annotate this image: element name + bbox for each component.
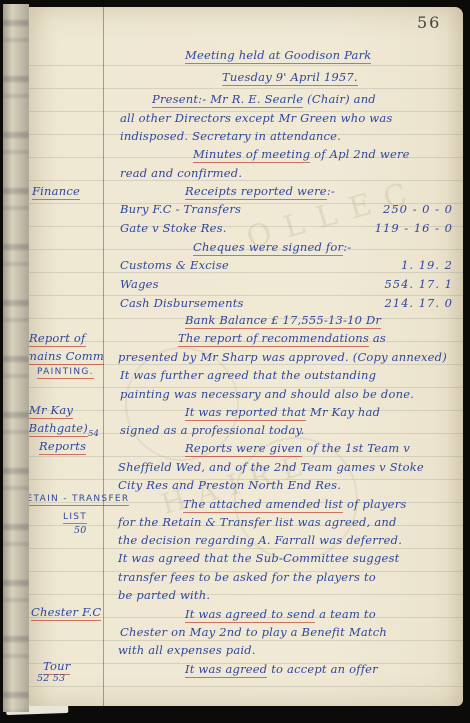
margin-note: Tour <box>43 659 70 673</box>
plain-text: of Apl 2nd were <box>310 147 409 161</box>
margin-note-text: (Bathgate) <box>29 421 88 437</box>
margin-note-text: 50 <box>74 525 87 536</box>
minutes-line: read and confirmed. <box>120 166 242 180</box>
plain-text: :- <box>343 240 351 254</box>
margin-note-text: Mr Kay <box>29 403 73 419</box>
underlined-text: It was agreed to send <box>185 607 315 623</box>
plain-text: Sheffield Wed, and of the 2nd Team games… <box>118 460 424 474</box>
margin-note-number: 54 <box>88 429 99 439</box>
minutes-line: Minutes of meeting of Apl 2nd were <box>193 147 410 161</box>
plain-text: Customs & Excise <box>120 258 229 272</box>
plain-text: with all expenses paid. <box>118 643 256 657</box>
minutes-line: Gate v Stoke Res. <box>120 221 227 235</box>
minutes-line: The attached amended list of players <box>183 497 407 511</box>
plain-text: indisposed. Secretary in attendance. <box>120 129 341 143</box>
minutes-line: It was agreed that the Sub-Committee sug… <box>118 551 399 565</box>
minutes-line: Bank Balance £ 17,555-13-10 Dr <box>185 313 381 327</box>
underlined-text: Minutes of meeting <box>193 147 310 163</box>
minutes-line: Chester on May 2nd to play a Benefit Mat… <box>120 625 387 639</box>
margin-note: Finance <box>32 184 80 198</box>
minutes-line: It was reported that Mr Kay had <box>185 405 380 419</box>
margin-note-text: PAINTING. <box>37 367 94 379</box>
underlined-text: It was agreed <box>185 662 267 678</box>
amount-value: 119 - 16 - 0 <box>329 221 453 235</box>
plain-text: Chester on May 2nd to play a Benefit Mat… <box>120 625 387 639</box>
margin-note: Mr Kay <box>29 403 73 417</box>
margin-note: 50 <box>74 525 87 536</box>
plain-text: a team to <box>315 607 376 621</box>
margin-note: Chester F.C <box>31 605 101 619</box>
minutes-line: Cheques were signed for:- <box>193 240 351 254</box>
minutes-line: Bury F.C - Transfers <box>120 202 241 216</box>
underlined-text: Reports were given <box>185 441 302 457</box>
minutes-line: the decision regarding A. Farrall was de… <box>118 533 402 547</box>
minutes-line: Present:- Mr R. E. Searle (Chair) and <box>152 92 376 106</box>
plain-text: Bury F.C - Transfers <box>120 202 241 216</box>
margin-note-text: mains Comm <box>29 349 104 365</box>
minutes-line: It was agreed to send a team to <box>185 607 376 621</box>
page: 56 OLLECHAIRE Meeting held at Goodison P… <box>29 7 463 706</box>
plain-text: painting was necessary and should also b… <box>120 387 414 401</box>
minutes-line: Sheffield Wed, and of the 2nd Team games… <box>118 460 424 474</box>
underlined-text: Bank Balance £ 17,555-13-10 Dr <box>185 313 381 329</box>
plain-text: City Res and Preston North End Res. <box>118 478 341 492</box>
plain-text: all other Directors except Mr Green who … <box>120 111 393 125</box>
minutes-line: City Res and Preston North End Res. <box>118 478 341 492</box>
minutes-line: all other Directors except Mr Green who … <box>120 111 393 125</box>
margin-note-text: RETAIN - TRANSFER <box>29 494 129 506</box>
amount-value: 250 - 0 - 0 <box>329 202 453 216</box>
minutes-line: It was agreed to accept an offer <box>185 662 378 676</box>
margin-note-text: 52 53 <box>37 673 65 684</box>
underlined-text: Meeting held at Goodison Park <box>185 48 371 64</box>
plain-text: as <box>369 331 386 345</box>
underlined-text: The report of recommendations <box>178 331 369 347</box>
minutes-line: Tuesday 9' April 1957. <box>222 70 358 84</box>
margin-note: 52 53 <box>37 673 65 684</box>
margin-note-text: Chester F.C <box>31 605 101 621</box>
minutes-line: presented by Mr Sharp was approved. (Cop… <box>118 350 447 364</box>
margin-note-text: Finance <box>32 184 80 200</box>
amount-value: 554. 17. 1 <box>329 277 453 291</box>
plain-text: be parted with. <box>118 588 210 602</box>
margin-note-text: LIST <box>63 512 87 524</box>
minutes-line: with all expenses paid. <box>118 643 256 657</box>
scanned-minute-book-photo: { "page": { "number": "56" }, "lines": [… <box>0 0 470 723</box>
minutes-line: Meeting held at Goodison Park <box>185 48 371 62</box>
minutes-line: painting was necessary and should also b… <box>120 387 414 401</box>
plain-text: Mr Kay had <box>306 405 380 419</box>
plain-text: Gate v Stoke Res. <box>120 221 227 235</box>
margin-note-text: Report of <box>29 331 86 347</box>
margin-note: (Bathgate)54 <box>29 421 99 439</box>
plain-text: signed as a professional today. <box>120 423 305 437</box>
underlined-text: Present:- Mr R. E. Searle <box>152 92 303 108</box>
amount-value: 214. 17. 0 <box>329 296 453 310</box>
minutes-line: Reports were given of the 1st Team v <box>185 441 410 455</box>
underlined-text: The attached amended list <box>183 497 343 513</box>
plain-text: presented by Mr Sharp was approved. (Cop… <box>118 350 447 364</box>
margin-note: mains Comm <box>29 349 104 363</box>
plain-text: (Chair) and <box>303 92 376 106</box>
margin-note: LIST <box>63 512 87 522</box>
page-number: 56 <box>417 13 441 32</box>
plain-text: It was further agreed that the outstandi… <box>120 368 376 382</box>
minutes-line: Wages <box>120 277 159 291</box>
margin-note: Report of <box>29 331 86 345</box>
margin-note: Reports <box>39 439 86 453</box>
plain-text: the decision regarding A. Farrall was de… <box>118 533 402 547</box>
underlined-text: Receipts reported were <box>185 184 327 200</box>
plain-text: :- <box>327 184 335 198</box>
underlined-text: Tuesday 9' April 1957. <box>222 70 358 86</box>
plain-text: It was agreed that the Sub-Committee sug… <box>118 551 399 565</box>
margin-note: PAINTING. <box>37 367 94 377</box>
margin-note: RETAIN - TRANSFER <box>29 494 129 504</box>
plain-text: for the Retain & Transfer list was agree… <box>118 515 397 529</box>
minutes-line: Customs & Excise <box>120 258 229 272</box>
minutes-line: indisposed. Secretary in attendance. <box>120 129 341 143</box>
minutes-line: transfer fees to be asked for the player… <box>118 570 376 584</box>
plain-text: transfer fees to be asked for the player… <box>118 570 376 584</box>
underlined-text: Cheques were signed for <box>193 240 343 256</box>
underlined-text: It was reported that <box>185 405 306 421</box>
minutes-line: for the Retain & Transfer list was agree… <box>118 515 397 529</box>
plain-text: Cash Disbursements <box>120 296 244 310</box>
previous-page-binding-strip <box>3 4 29 712</box>
plain-text: of the 1st Team v <box>302 441 410 455</box>
plain-text: of players <box>343 497 406 511</box>
margin-note-text: Reports <box>39 439 86 455</box>
plain-text: read and confirmed. <box>120 166 242 180</box>
plain-text: Wages <box>120 277 159 291</box>
amount-value: 1. 19. 2 <box>329 258 453 272</box>
minutes-line: Cash Disbursements <box>120 296 244 310</box>
minutes-line: be parted with. <box>118 588 210 602</box>
minutes-line: signed as a professional today. <box>120 423 305 437</box>
minutes-line: Receipts reported were:- <box>185 184 335 198</box>
minutes-line: It was further agreed that the outstandi… <box>120 368 376 382</box>
plain-text: to accept an offer <box>267 662 378 676</box>
minutes-line: The report of recommendations as <box>178 331 386 345</box>
